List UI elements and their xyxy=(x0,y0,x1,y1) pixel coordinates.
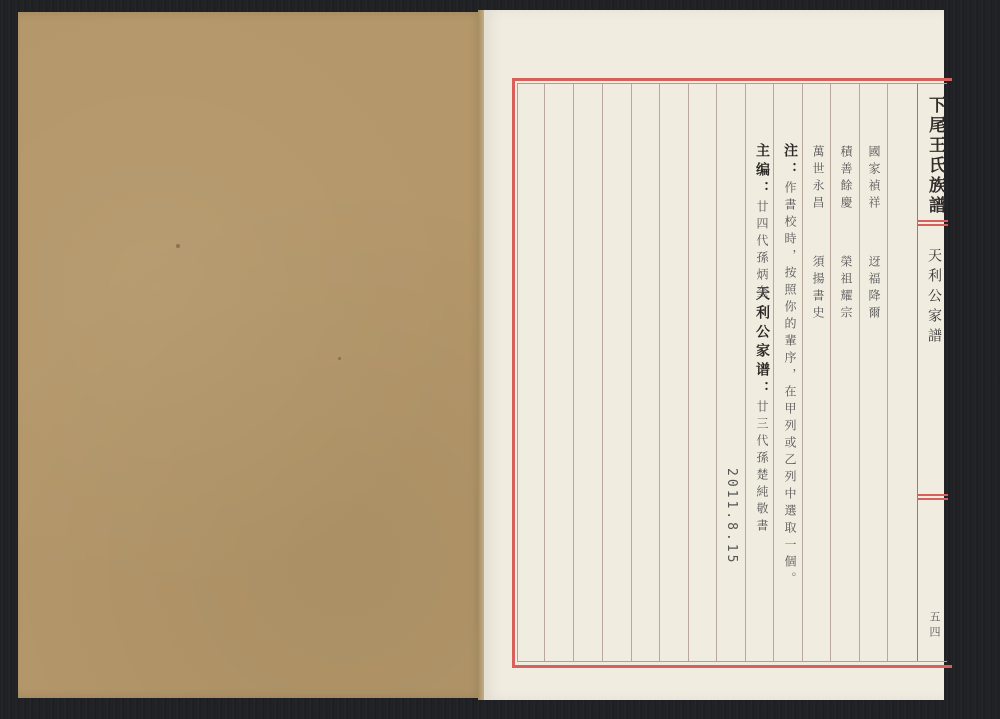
verse-col1-top: 國家禎祥 xyxy=(866,145,883,213)
column-line xyxy=(688,84,689,661)
column-line xyxy=(631,84,632,661)
title-column-separator xyxy=(917,84,918,661)
book-title: 下尾王氏族譜 xyxy=(923,96,948,216)
column-line xyxy=(716,84,717,661)
verse-col3-bottom: 須揚書史 xyxy=(810,255,827,323)
column-line xyxy=(659,84,660,661)
column-line xyxy=(887,84,888,661)
editor-label: 主编： xyxy=(754,143,770,200)
editor-text: 廿四代孫炳奎 xyxy=(755,200,769,302)
title-divider-bottom xyxy=(918,498,948,500)
column-line xyxy=(745,84,746,661)
column-line xyxy=(573,84,574,661)
verse-col2-bottom: 榮祖耀宗 xyxy=(838,255,855,323)
editor-block: 主编：廿四代孫炳奎 xyxy=(752,143,772,302)
paper-spot xyxy=(176,244,180,248)
verse-col2-top: 積善餘慶 xyxy=(838,145,855,213)
column-line xyxy=(802,84,803,661)
column-line xyxy=(859,84,860,661)
verse-col3-top: 萬世永昌 xyxy=(810,145,827,213)
column-line xyxy=(830,84,831,661)
column-line xyxy=(773,84,774,661)
title-divider-top xyxy=(918,224,948,226)
note-block: 注：作書校時，按照你的輩序，在甲列或乙列中選取一個。 xyxy=(780,143,800,589)
paper-spot xyxy=(338,357,341,360)
page-number: 五四 xyxy=(926,611,942,641)
family-book-label: 天利公家谱： xyxy=(754,286,770,400)
family-book-text: 廿三代孫楚純敬書 xyxy=(755,400,769,536)
title-divider-top xyxy=(918,220,948,222)
verse-col1-bottom: 迓福降爾 xyxy=(866,255,883,323)
book-subtitle: 天利公家譜 xyxy=(924,248,944,348)
date-text: 2011.8.15 xyxy=(724,468,739,565)
left-cover-page xyxy=(18,12,484,698)
column-line xyxy=(544,84,545,661)
column-line xyxy=(602,84,603,661)
family-book-block: 天利公家谱：廿三代孫楚純敬書 xyxy=(752,286,772,536)
title-divider-bottom xyxy=(918,494,948,496)
note-label: 注： xyxy=(782,143,798,181)
note-text: 作書校時，按照你的輩序，在甲列或乙列中選取一個。 xyxy=(783,181,797,589)
